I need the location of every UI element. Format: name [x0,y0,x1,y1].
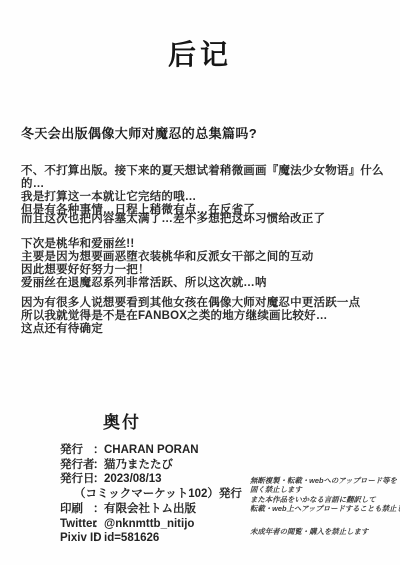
legal-note-line: 固く禁止します [250,485,395,494]
colophon-label: Pixiv ID [60,531,93,546]
afterword-line: 我是打算这一本就让它完结的哦… [21,191,389,204]
legal-notes: 無断複製・転載・webへのアップロード等を 固く禁止します また本作品をいかなる… [250,476,395,513]
colophon-row-author: 発行者：猫乃またたび [60,458,290,473]
afterword-paragraph: 因为有很多人说想要看到其他女孩在偶像大师对魔忍中更活跃一点 所以我就觉得是不是在… [21,297,389,336]
afterword-paragraph: 而且这次也把内容塞太满了…差不多想把这坏习惯给改正了 [21,213,389,226]
afterword-paragraph: 不、不打算出版。接下来的夏天想试着稍微画画『魔法少女物语』什么的… 我是打算这一… [21,165,389,217]
colophon-label: Twitter [60,517,93,532]
afterword-line: 因此想要好好努力一把！ [21,264,389,277]
page-title: 后记 [0,38,400,72]
colophon-separator: ： [93,531,104,546]
colophon-separator: ： [93,502,104,517]
colophon-value: 有限会社トム出版 [104,502,196,517]
colophon-label [60,487,74,502]
afterword-line: 爱丽丝在退魔忍系列非常活跃、所以这次就…呐 [21,277,389,290]
afterword-page: 后记 冬天会出版偶像大师对魔忍的总集篇吗? 不、不打算出版。接下来的夏天想试着稍… [0,0,400,565]
colophon-header: 奥付 [60,412,184,434]
afterword-line: 主要是因为想要画恶堕衣装桃华和反派女干部之间的互动 [21,251,389,264]
afterword-line: 因为有很多人说想要看到其他女孩在偶像大师对魔忍中更活跃一点 [21,297,389,310]
colophon-label: 印刷 [60,502,93,517]
colophon-value: CHARAN PORAN [104,443,199,458]
afterword-line: 而且这次也把内容塞太满了…差不多想把这坏习惯给改正了 [21,213,389,226]
colophon-separator: ： [93,443,104,458]
afterword-paragraph: 下次是桃华和爱丽丝!! 主要是因为想要画恶堕衣装桃华和反派女干部之间的互动 因此… [21,238,389,290]
colophon-separator: ： [93,517,104,532]
age-restriction-note: 未成年者の閲覧・購入を禁止します [250,527,395,536]
afterword-line: 所以我就觉得是不是在FANBOX之类的地方继续画比较好… [21,310,389,323]
colophon-row-publisher: 発行：CHARAN PORAN [60,443,290,458]
pixiv-id: id=581626 [104,531,159,546]
colophon-value: 猫乃またたび [104,458,173,473]
twitter-handle: @nknmttb_nitijo [104,517,194,532]
afterword-line: 不、不打算出版。接下来的夏天想试着稍微画画『魔法少女物语』什么的… [21,165,389,191]
afterword-line: 这点还有待确定 [21,323,389,336]
colophon-label: 発行者 [60,458,93,473]
colophon-value: （コミックマーケット102）発行 [74,487,242,502]
afterword-question: 冬天会出版偶像大师对魔忍的总集篇吗? [21,126,381,142]
legal-note-line: 転載・web上へアップロードすることも禁止します [250,504,395,513]
colophon-label: 発行日 [60,472,93,487]
legal-note-line: また本作品をいかなる言語に翻訳して [250,495,395,504]
colophon-separator: ： [93,472,104,487]
colophon-value: 2023/08/13 [104,472,162,487]
colophon-separator: ： [93,458,104,473]
legal-note-line: 無断複製・転載・webへのアップロード等を [250,476,395,485]
afterword-line: 下次是桃华和爱丽丝!! [21,238,389,251]
colophon-label: 発行 [60,443,93,458]
